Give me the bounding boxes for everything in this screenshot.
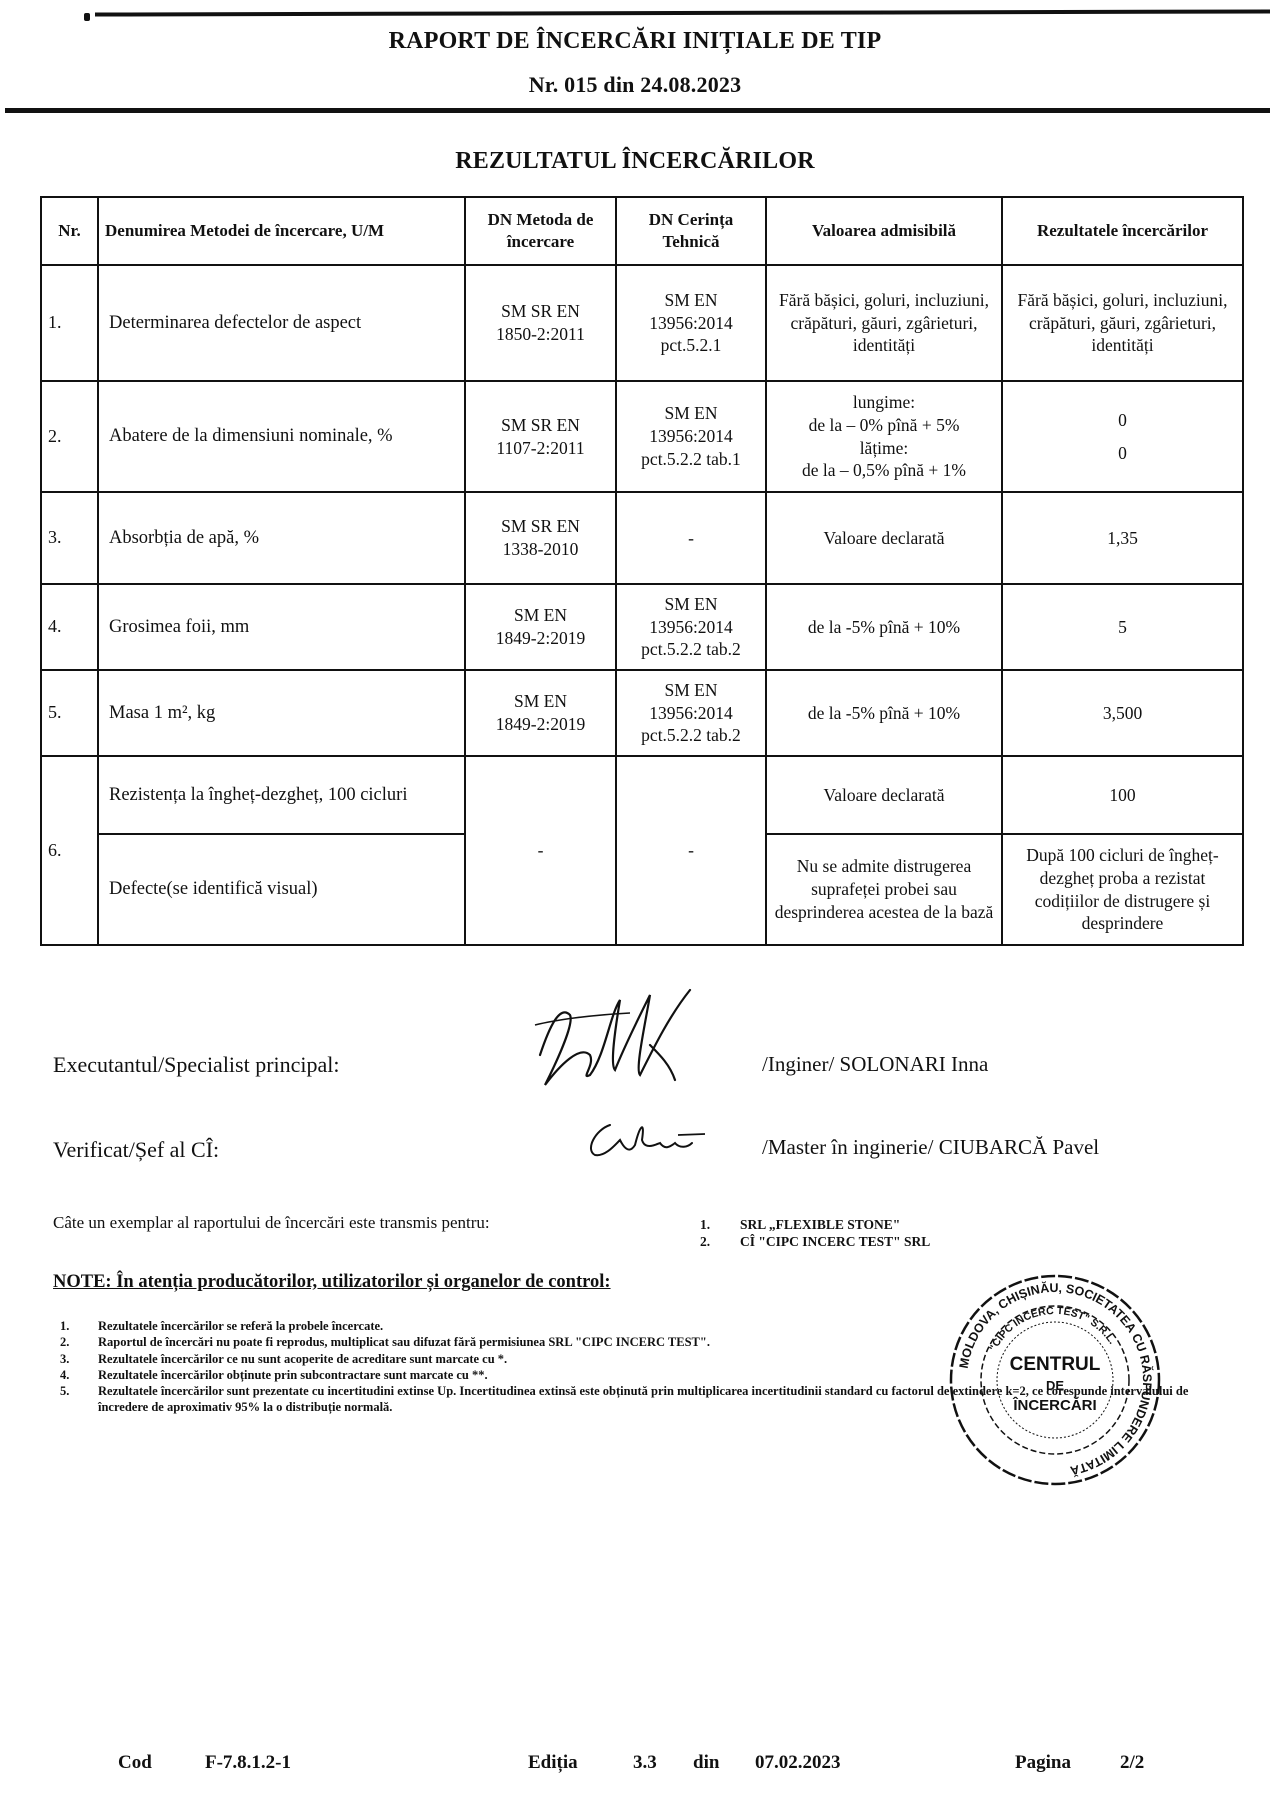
notes-title: NOTE: În atenția producătorilor, utiliza…: [53, 1272, 611, 1293]
footer-cod-label: Cod: [118, 1752, 152, 1774]
admissible-value: Valoare declarată: [766, 756, 1002, 834]
table-row: 5. Masa 1 m², kg SM EN 1849-2:2019 SM EN…: [41, 670, 1243, 756]
executant-signature: [520, 985, 710, 1095]
footer-cod-value: F-7.8.1.2-1: [205, 1752, 291, 1774]
dn-requirement: -: [616, 492, 766, 584]
dn-method: SM EN 1849-2:2019: [465, 584, 616, 670]
footer-editia-value: 3.3: [633, 1752, 657, 1774]
col-header-dn-method: DN Metoda de încercare: [465, 197, 616, 265]
dn-method: -: [465, 756, 616, 945]
row-number: 1.: [41, 265, 98, 381]
verifier-label: Verificat/Șef al CÎ:: [53, 1137, 219, 1163]
row-number: 3.: [41, 492, 98, 584]
executant-name: /Inginer/ SOLONARI Inna: [762, 1052, 988, 1077]
footer-pagina-label: Pagina: [1015, 1752, 1071, 1774]
test-result: 3,500: [1002, 670, 1243, 756]
table-row: 3. Absorbția de apă, % SM SR EN 1338-201…: [41, 492, 1243, 584]
footer-din-label: din: [693, 1752, 719, 1774]
dn-requirement: SM EN 13956:2014 pct.5.2.2 tab.1: [616, 381, 766, 492]
row-number: 2.: [41, 381, 98, 492]
table-header-row: Nr. Denumirea Metodei de încercare, U/M …: [41, 197, 1243, 265]
admissible-value: lungime: de la – 0% pînă + 5% lățime: de…: [766, 381, 1002, 492]
test-result: După 100 cicluri de îngheț-dezgheț proba…: [1002, 834, 1243, 945]
dn-method: SM SR EN 1107-2:2011: [465, 381, 616, 492]
footer-din-value: 07.02.2023: [755, 1752, 841, 1774]
stamp-middle-text: "CIPC INCERC TEST" S.R.L.: [987, 1305, 1118, 1353]
footer-pagina-value: 2/2: [1120, 1752, 1144, 1774]
distribution-list: 1. SRL „FLEXIBLE STONE" 2. CÎ "CIPC INCE…: [700, 1217, 930, 1251]
test-name: Absorbția de apă, %: [98, 492, 465, 584]
row-number: 5.: [41, 670, 98, 756]
test-result: 100: [1002, 756, 1243, 834]
footer-editia-label: Ediția: [528, 1752, 578, 1774]
stamp-center-line3: ÎNCERCĂRI: [1012, 1396, 1096, 1414]
stamp-center-line1: CENTRUL: [1010, 1354, 1101, 1375]
test-result: Fără bășici, goluri, incluziuni, crăpătu…: [1002, 265, 1243, 381]
header-rule-top: [95, 9, 1270, 16]
scan-mark: [84, 13, 90, 21]
list-item: 1. SRL „FLEXIBLE STONE": [700, 1217, 930, 1234]
test-result: 5: [1002, 584, 1243, 670]
table-row: 6. Rezistența la îngheț-dezgheț, 100 cic…: [41, 756, 1243, 834]
dn-requirement: SM EN 13956:2014 pct.5.2.1: [616, 265, 766, 381]
header-rule-bottom: [5, 108, 1270, 113]
table-row: 2. Abatere de la dimensiuni nominale, % …: [41, 381, 1243, 492]
test-name: Abatere de la dimensiuni nominale, %: [98, 381, 465, 492]
test-name: Grosimea foii, mm: [98, 584, 465, 670]
svg-text:"CIPC INCERC TEST" S.R.L.: "CIPC INCERC TEST" S.R.L.: [987, 1305, 1118, 1353]
admissible-value: de la -5% pînă + 10%: [766, 584, 1002, 670]
test-result: 1,35: [1002, 492, 1243, 584]
col-header-admissible: Valoarea admisibilă: [766, 197, 1002, 265]
section-title: REZULTATUL ÎNCERCĂRILOR: [0, 148, 1270, 175]
table-row: 1. Determinarea defectelor de aspect SM …: [41, 265, 1243, 381]
test-name: Masa 1 m², kg: [98, 670, 465, 756]
col-header-method-name: Denumirea Metodei de încercare, U/M: [98, 197, 465, 265]
official-stamp: MOLDOVA, CHIȘINĂU, SOCIETATEA CU RĂSPUND…: [945, 1270, 1165, 1490]
stamp-center-line2: DE: [1046, 1378, 1064, 1393]
row-number: 4.: [41, 584, 98, 670]
dn-requirement: SM EN 13956:2014 pct.5.2.2 tab.2: [616, 584, 766, 670]
report-number: Nr. 015 din 24.08.2023: [0, 72, 1270, 98]
dn-method: SM SR EN 1338-2010: [465, 492, 616, 584]
report-title: RAPORT DE ÎNCERCĂRI INIȚIALE DE TIP: [0, 28, 1270, 55]
distribution-text: Câte un exemplar al raportului de încerc…: [53, 1212, 573, 1235]
list-item: 2. CÎ "CIPC INCERC TEST" SRL: [700, 1234, 930, 1251]
results-table: Nr. Denumirea Metodei de încercare, U/M …: [40, 196, 1244, 946]
admissible-value: Valoare declarată: [766, 492, 1002, 584]
admissible-value: Fără bășici, goluri, incluziuni, crăpătu…: [766, 265, 1002, 381]
test-name: Rezistența la îngheț-dezgheț, 100 ciclur…: [98, 756, 465, 834]
col-header-dn-requirement: DN Cerința Tehnică: [616, 197, 766, 265]
test-name: Defecte(se identifică visual): [98, 834, 465, 945]
admissible-value: de la -5% pînă + 10%: [766, 670, 1002, 756]
dn-method: SM EN 1849-2:2019: [465, 670, 616, 756]
test-name: Determinarea defectelor de aspect: [98, 265, 465, 381]
executant-label: Executantul/Specialist principal:: [53, 1052, 340, 1078]
test-result: 0 0: [1002, 381, 1243, 492]
dn-requirement: -: [616, 756, 766, 945]
verifier-name: /Master în inginerie/ CIUBARCĂ Pavel: [762, 1135, 1099, 1160]
col-header-nr: Nr.: [41, 197, 98, 265]
admissible-value: Nu se admite distrugerea suprafeței prob…: [766, 834, 1002, 945]
table-row: 4. Grosimea foii, mm SM EN 1849-2:2019 S…: [41, 584, 1243, 670]
dn-method: SM SR EN 1850-2:2011: [465, 265, 616, 381]
verifier-signature: [580, 1115, 710, 1165]
dn-requirement: SM EN 13956:2014 pct.5.2.2 tab.2: [616, 670, 766, 756]
col-header-results: Rezultatele încercărilor: [1002, 197, 1243, 265]
row-number: 6.: [41, 756, 98, 945]
